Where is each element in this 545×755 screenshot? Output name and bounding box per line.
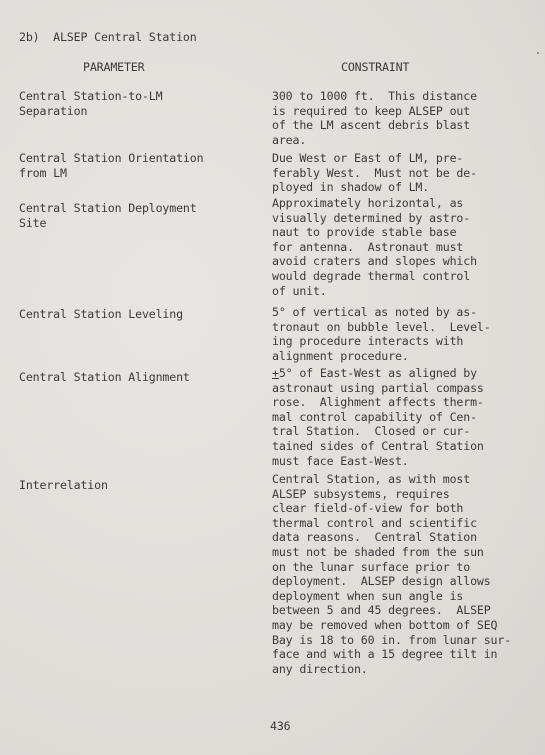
constraint-interrelation: Central Station, as with most ALSEP subs… — [272, 472, 511, 676]
constraint-leveling: 5° of vertical as noted by as- tronaut o… — [272, 305, 491, 363]
parameter-deployment-site: Central Station Deployment Site — [19, 201, 197, 230]
parameter-leveling: Central Station Leveling — [19, 307, 183, 322]
parameter-separation: Central Station-to-LM Separation — [19, 89, 162, 118]
constraint-separation: 300 to 1000 ft. This distance is require… — [272, 89, 477, 147]
column-header-parameter: PARAMETER — [83, 60, 144, 75]
plus-minus-prefix: + — [272, 366, 279, 380]
constraint-orientation: Due West or East of LM, pre- ferably Wes… — [272, 151, 477, 195]
constraint-deployment-site: Approximately horizontal, as visually de… — [272, 196, 477, 298]
page-number: 436 — [270, 719, 291, 734]
section-heading: 2b) ALSEP Central Station — [19, 30, 197, 45]
parameter-interrelation: Interrelation — [19, 478, 108, 493]
constraint-alignment: +5° of East-West as aligned by astronaut… — [272, 366, 484, 468]
parameter-alignment: Central Station Alignment — [19, 370, 190, 385]
paper-speck — [537, 52, 539, 54]
constraint-alignment-text: 5° of East-West as aligned by astronaut … — [272, 366, 484, 468]
column-header-constraint: CONSTRAINT — [341, 60, 409, 75]
parameter-orientation: Central Station Orientation from LM — [19, 151, 203, 180]
